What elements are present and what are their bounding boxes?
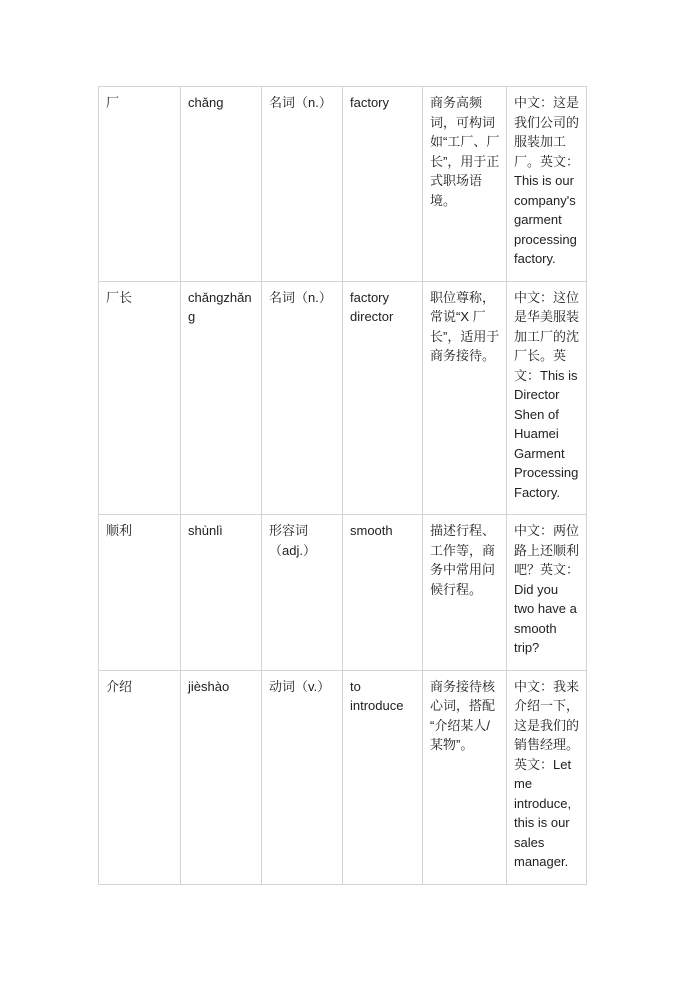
cell-example: 中文：两位路上还顺利吧？英文：Did you two have a smooth…	[507, 515, 587, 671]
cell-pinyin: chǎngzhǎng	[181, 281, 262, 515]
cell-hanzi: 厂	[99, 87, 181, 282]
cell-hanzi: 厂长	[99, 281, 181, 515]
cell-pos: 名词（n.）	[262, 281, 343, 515]
cell-pos: 名词（n.）	[262, 87, 343, 282]
table-row: 厂 chǎng 名词（n.） factory 商务高频词，可构词如“工厂、厂长”…	[99, 87, 587, 282]
cell-pos: 形容词（adj.）	[262, 515, 343, 671]
cell-pos: 动词（v.）	[262, 670, 343, 884]
cell-usage: 职位尊称，常说“X 厂长”，适用于商务接待。	[423, 281, 507, 515]
cell-example: 中文：我来介绍一下，这是我们的销售经理。英文：Let me introduce,…	[507, 670, 587, 884]
cell-pinyin: jièshào	[181, 670, 262, 884]
cell-english: smooth	[343, 515, 423, 671]
cell-usage: 商务接待核心词，搭配“介绍某人/某物”。	[423, 670, 507, 884]
cell-pinyin: chǎng	[181, 87, 262, 282]
table-row: 介绍 jièshào 动词（v.） to introduce 商务接待核心词，搭…	[99, 670, 587, 884]
cell-pinyin: shùnlì	[181, 515, 262, 671]
cell-example: 中文：这位是华美服装加工厂的沈厂长。英文：This is Director Sh…	[507, 281, 587, 515]
cell-hanzi: 介绍	[99, 670, 181, 884]
table-row: 顺利 shùnlì 形容词（adj.） smooth 描述行程、工作等，商务中常…	[99, 515, 587, 671]
document-page: 厂 chǎng 名词（n.） factory 商务高频词，可构词如“工厂、厂长”…	[0, 0, 700, 990]
table-row: 厂长 chǎngzhǎng 名词（n.） factory director 职位…	[99, 281, 587, 515]
cell-usage: 描述行程、工作等，商务中常用问候行程。	[423, 515, 507, 671]
cell-example: 中文：这是我们公司的服装加工厂。英文：This is our company's…	[507, 87, 587, 282]
cell-hanzi: 顺利	[99, 515, 181, 671]
cell-english: factory director	[343, 281, 423, 515]
cell-usage: 商务高频词，可构词如“工厂、厂长”，用于正式职场语境。	[423, 87, 507, 282]
vocabulary-table: 厂 chǎng 名词（n.） factory 商务高频词，可构词如“工厂、厂长”…	[98, 86, 587, 885]
cell-english: factory	[343, 87, 423, 282]
cell-english: to introduce	[343, 670, 423, 884]
